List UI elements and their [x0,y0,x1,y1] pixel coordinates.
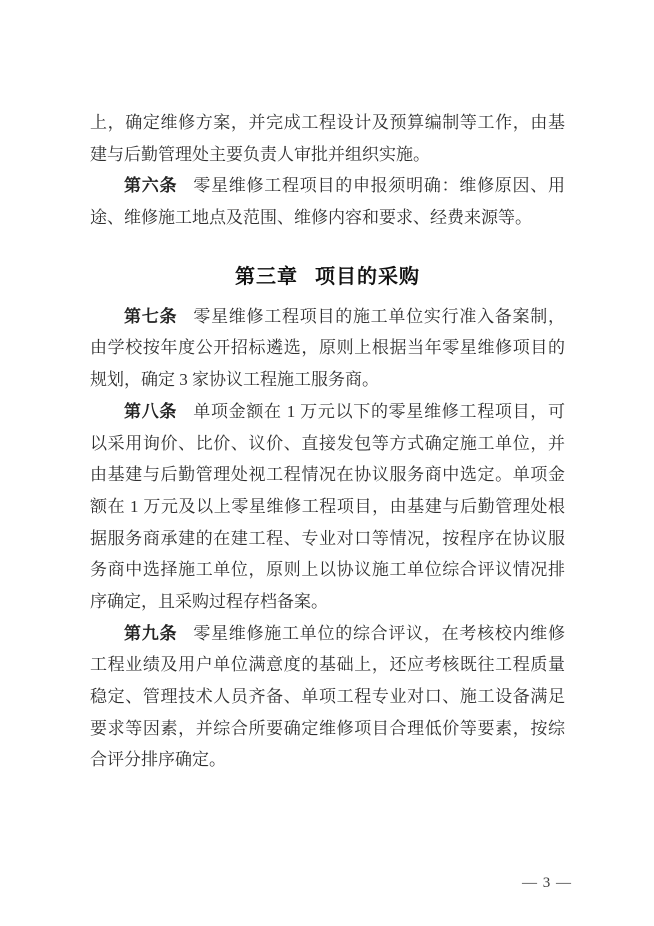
text-line: 据服务商承建的在建工程、专业对口等情况，按程序在协议服 [90,523,565,555]
line-text: 由学校按年度公开招标遴选，原则上根据当年零星维修项目的 [90,338,565,357]
document-page: 上，确定维修方案，并完成工程设计及预算编制等工作，由基 建与后勤管理处主要负责人… [0,0,654,926]
text-line: 合评分排序确定。 [90,744,565,776]
line-text: 要求等因素，并综合所要确定维修项目合理低价等要素，按综 [90,719,565,738]
page-number: — 3 — [522,874,572,892]
line-text: 上，确定维修方案，并完成工程设计及预算编制等工作，由基 [90,113,565,132]
article-term: 第七条 [124,307,177,326]
text-line: 务商中选择施工单位，原则上以协议施工单位综合评议情况排 [90,554,565,586]
line-text: 由基建与后勤管理处视工程情况在协议服务商中选定。单项金 [90,465,565,484]
line-text: 合评分排序确定。 [90,750,226,769]
line-text: 据服务商承建的在建工程、专业对口等情况，按程序在协议服 [90,529,565,548]
line-text: 零星维修施工单位的综合评议，在考核校内维修 [193,624,565,643]
text-line: 稳定、管理技术人员齐备、单项工程专业对口、施工设备满足 [90,681,565,713]
line-text: 以采用询价、比价、议价、直接发包等方式确定施工单位，并 [90,434,565,453]
article-term: 第九条 [124,624,177,643]
line-text: 务商中选择施工单位，原则上以协议施工单位综合评议情况排 [90,560,565,579]
text-line: 由学校按年度公开招标遴选，原则上根据当年零星维修项目的 [90,332,565,364]
article-term: 第六条 [124,176,177,195]
text-line: 由基建与后勤管理处视工程情况在协议服务商中选定。单项金 [90,459,565,491]
line-text: 建与后勤管理处主要负责人审批并组织实施。 [90,145,430,164]
paragraph-start-line: 第九条零星维修施工单位的综合评议，在考核校内维修 [90,618,565,650]
chapter-number: 第三章 [235,266,298,288]
line-text: 序确定，且采购过程存档备案。 [90,592,328,611]
chapter-title: 项目的采购 [315,266,420,288]
line-text: 零星维修工程项目的申报须明确：维修原因、用 [193,176,565,195]
line-text: 途、维修施工地点及范围、维修内容和要求、经费来源等。 [90,208,532,227]
text-line: 途、维修施工地点及范围、维修内容和要求、经费来源等。 [90,202,565,234]
text-line: 额在 1 万元及以上零星维修工程项目，由基建与后勤管理处根 [90,491,565,523]
text-line: 上，确定维修方案，并完成工程设计及预算编制等工作，由基 [90,107,565,139]
line-text: 工程业绩及用户单位满意度的基础上，还应考核既往工程质量 [90,655,565,674]
paragraph-start-line: 第八条单项金额在 1 万元以下的零星维修工程项目，可 [90,396,565,428]
chapter-heading: 第三章项目的采购 [90,261,565,293]
paragraph-start-line: 第七条零星维修工程项目的施工单位实行准入备案制， [90,301,565,333]
paragraph-start-line: 第六条零星维修工程项目的申报须明确：维修原因、用 [90,170,565,202]
text-line: 序确定，且采购过程存档备案。 [90,586,565,618]
line-text: 规划，确定 3 家协议工程施工服务商。 [90,370,379,389]
line-text: 单项金额在 1 万元以下的零星维修工程项目，可 [193,402,565,421]
line-text: 零星维修工程项目的施工单位实行准入备案制， [193,307,565,326]
document-text-block: 上，确定维修方案，并完成工程设计及预算编制等工作，由基 建与后勤管理处主要负责人… [90,107,565,776]
article-term: 第八条 [124,402,177,421]
text-line: 工程业绩及用户单位满意度的基础上，还应考核既往工程质量 [90,649,565,681]
text-line: 规划，确定 3 家协议工程施工服务商。 [90,364,565,396]
line-text: 稳定、管理技术人员齐备、单项工程专业对口、施工设备满足 [90,687,565,706]
text-line: 要求等因素，并综合所要确定维修项目合理低价等要素，按综 [90,713,565,745]
line-text: 额在 1 万元及以上零星维修工程项目，由基建与后勤管理处根 [90,497,565,516]
text-line: 以采用询价、比价、议价、直接发包等方式确定施工单位，并 [90,428,565,460]
text-line: 建与后勤管理处主要负责人审批并组织实施。 [90,139,565,171]
